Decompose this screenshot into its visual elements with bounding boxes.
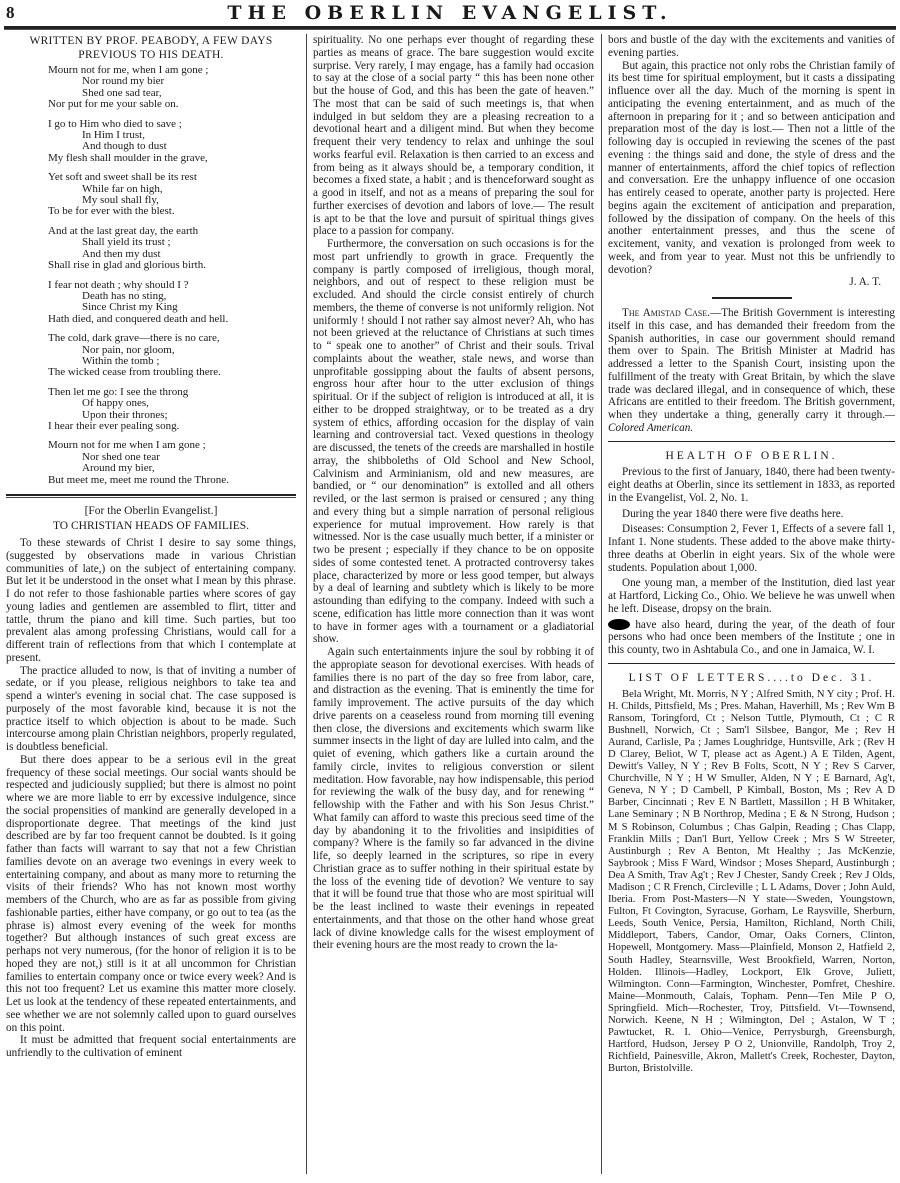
poem-stanza: Mourn not for me when I am gone ;Nor she… bbox=[48, 440, 296, 486]
poem: Mourn not for me, when I am gone ;Nor ro… bbox=[6, 65, 296, 486]
masthead: 8 THE OBERLIN EVANGELIST. bbox=[0, 0, 900, 30]
poem-line: Hath died, and conquered death and hell. bbox=[48, 314, 296, 325]
poem-stanza: The cold, dark grave—there is no care,No… bbox=[48, 333, 296, 379]
column-2: spirituality. No one perhaps ever though… bbox=[306, 34, 594, 1174]
article-paragraph: It must be admitted that frequent social… bbox=[6, 1034, 296, 1060]
letters-section: LIST OF LETTERS....to Dec. 31. Bela Wrig… bbox=[608, 672, 895, 1076]
health-paragraph-with-blot: have also heard, during the year, of the… bbox=[608, 619, 895, 657]
amistad-item: The Amistad Case.—The British Government… bbox=[608, 307, 895, 435]
article-paragraph: Again such entertainments injure the sou… bbox=[313, 646, 594, 952]
poem-stanza: I fear not death ; why should I ?Death h… bbox=[48, 280, 296, 326]
article-paragraph: The practice alluded to now, is that of … bbox=[6, 665, 296, 754]
health-paragraph-text: have also heard, during the year, of the… bbox=[608, 619, 895, 657]
poem-stanza: Mourn not for me, when I am gone ;Nor ro… bbox=[48, 65, 296, 111]
section-divider bbox=[6, 494, 296, 498]
poem-line: But meet me, meet me round the Throne. bbox=[48, 475, 296, 486]
health-paragraph: During the year 1840 there were five dea… bbox=[608, 508, 895, 521]
poem-heading-line: PREVIOUS TO HIS DEATH. bbox=[6, 48, 296, 62]
poem-stanza: I go to Him who died to save ;In Him I t… bbox=[48, 119, 296, 165]
column-1: WRITTEN BY PROF. PEABODY, A FEW DAYS PRE… bbox=[6, 34, 296, 1060]
letters-title: LIST OF LETTERS....to Dec. 31. bbox=[608, 672, 895, 685]
poem-line: I hear their ever pealing song. bbox=[48, 421, 296, 432]
short-divider bbox=[712, 297, 792, 299]
poem-line: The wicked cease from troubling there. bbox=[48, 367, 296, 378]
amistad-body: —The British Government is interesting i… bbox=[608, 307, 895, 421]
poem-stanza: Then let me go: I see the throngOf happy… bbox=[48, 387, 296, 433]
poem-line: The cold, dark grave—there is no care, bbox=[48, 333, 296, 344]
article-signature: J. A. T. bbox=[608, 276, 895, 289]
poem-line: Yet soft and sweet shall be its rest bbox=[48, 172, 296, 183]
ink-blot-icon bbox=[608, 619, 630, 630]
poem-line: Nor put for me your sable on. bbox=[48, 99, 296, 110]
poem-line: Shall rise in glad and glorious birth. bbox=[48, 260, 296, 271]
column-3: bors and bustle of the day with the exci… bbox=[601, 34, 895, 1174]
health-section: HEALTH OF OBERLIN. Previous to the first… bbox=[608, 450, 895, 657]
poem-line: Since Christ my King bbox=[48, 302, 296, 313]
article-paragraph: spirituality. No one perhaps ever though… bbox=[313, 34, 594, 238]
masthead-rule bbox=[4, 26, 896, 30]
article-source: [For the Oberlin Evangelist.] bbox=[6, 504, 296, 519]
article-paragraph: Furthermore, the conversation on such oc… bbox=[313, 238, 594, 646]
health-paragraph: Diseases: Consumption 2, Fever 1, Effect… bbox=[608, 523, 895, 574]
health-paragraph: Previous to the first of January, 1840, … bbox=[608, 466, 895, 504]
health-paragraph: One young man, a member of the Instituti… bbox=[608, 577, 895, 615]
letters-list: Bela Wright, Mt. Morris, N Y ; Alfred Sm… bbox=[608, 689, 895, 1076]
poem-line: Shall yield its trust ; bbox=[48, 237, 296, 248]
section-divider bbox=[608, 441, 895, 442]
poem-stanza: And at the last great day, the earthShal… bbox=[48, 226, 296, 272]
poem-stanza: Yet soft and sweet shall be its restWhil… bbox=[48, 172, 296, 218]
article-title: TO CHRISTIAN HEADS OF FAMILIES. bbox=[6, 519, 296, 534]
poem-line: Of happy ones, bbox=[48, 398, 296, 409]
article-paragraph: But there does appear to be a serious ev… bbox=[6, 754, 296, 1035]
health-title: HEALTH OF OBERLIN. bbox=[608, 450, 895, 463]
poem-heading-line: WRITTEN BY PROF. PEABODY, A FEW DAYS bbox=[6, 34, 296, 48]
poem-heading: WRITTEN BY PROF. PEABODY, A FEW DAYS PRE… bbox=[6, 34, 296, 62]
article-paragraph: To these stewards of Christ I desire to … bbox=[6, 537, 296, 665]
poem-line: To be for ever with the blest. bbox=[48, 206, 296, 217]
poem-line: My flesh shall moulder in the grave, bbox=[48, 153, 296, 164]
section-divider bbox=[608, 663, 895, 664]
article-paragraph: But again, this practice not only robs t… bbox=[608, 60, 895, 277]
amistad-lead: The Amistad Case. bbox=[622, 307, 710, 319]
poem-line: Around my bier, bbox=[48, 463, 296, 474]
newspaper-title: THE OBERLIN EVANGELIST. bbox=[0, 2, 900, 24]
article-paragraph: bors and bustle of the day with the exci… bbox=[608, 34, 895, 60]
